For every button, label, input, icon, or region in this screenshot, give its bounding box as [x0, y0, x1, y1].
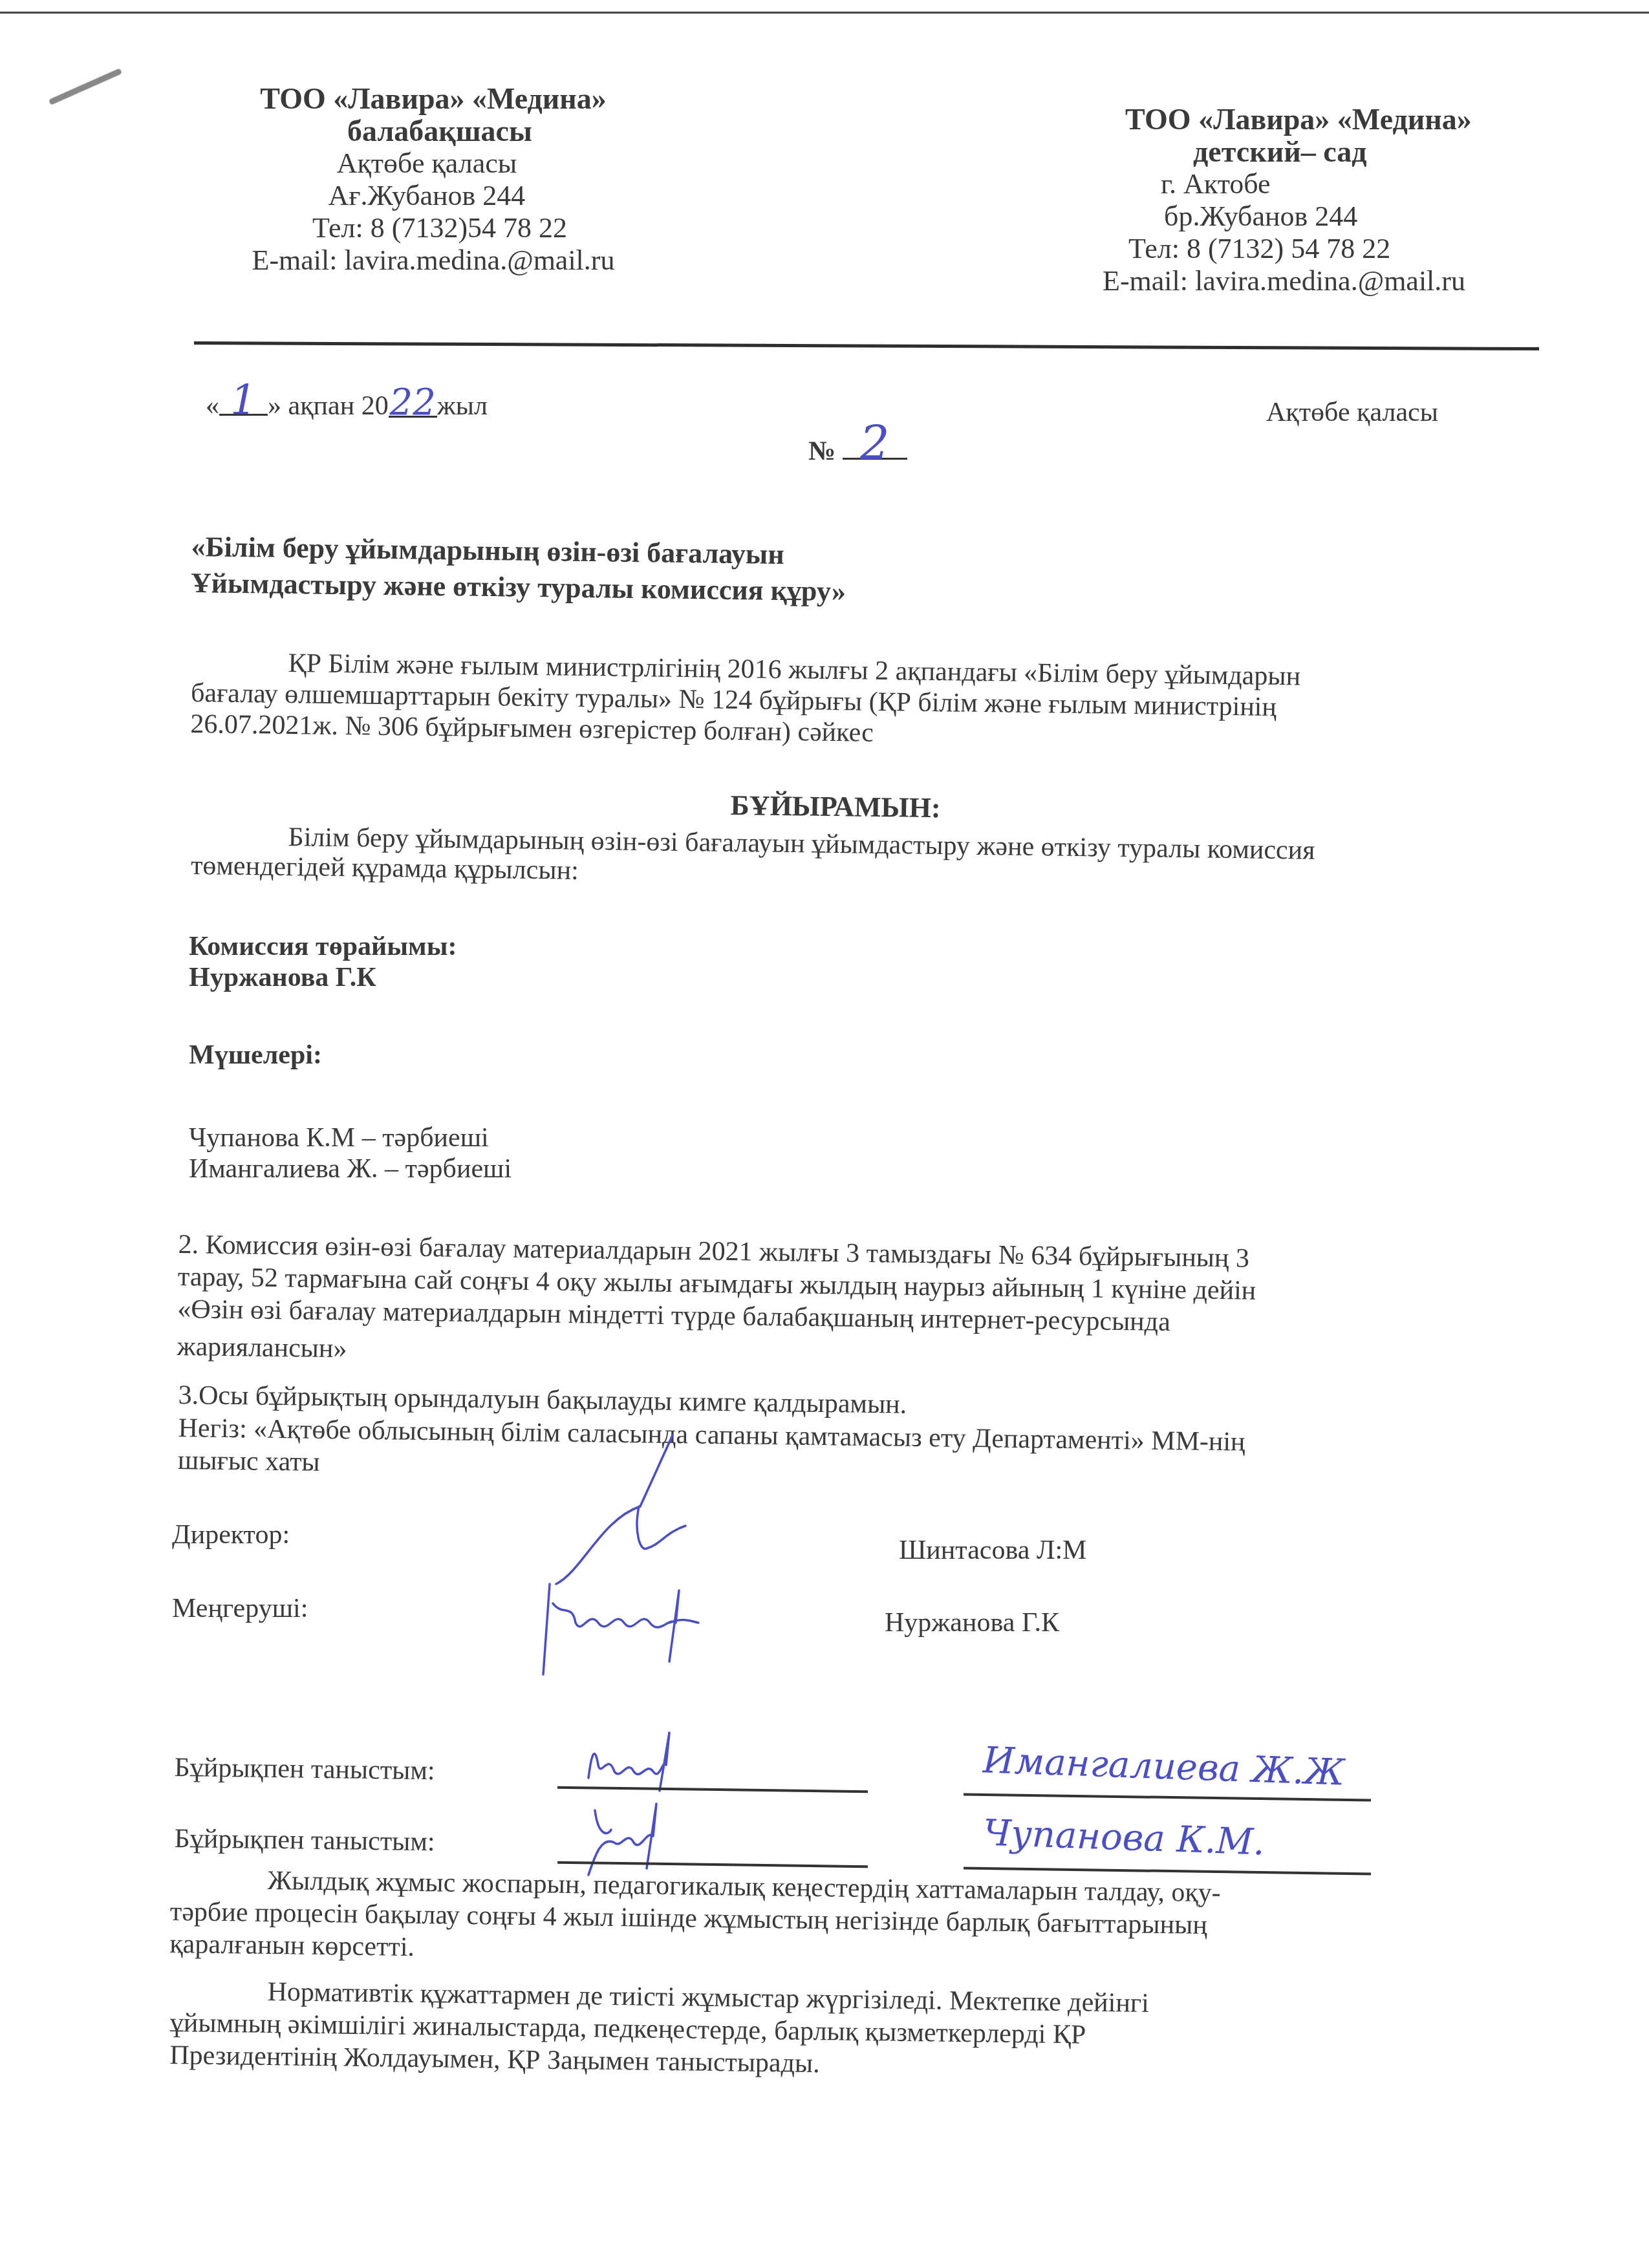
acknowledgement-name-line — [964, 1793, 1371, 1802]
head-name: Нуржанова Г.К — [885, 1609, 1059, 1637]
order-number-value: 2 — [843, 429, 907, 460]
director-label: Директор: — [172, 1521, 290, 1549]
clause-1: Білім беру ұйымдарының өзін-өзі бағалауы… — [191, 821, 1315, 895]
director-name: Шинтасова Л:М — [899, 1536, 1086, 1565]
order-number-label: № — [808, 436, 835, 466]
commission-member: Имангалиева Ж. – тәрбиеші — [189, 1155, 512, 1183]
header-right-address: бр.Жубанов 244 — [1086, 200, 1526, 233]
date-year-word: жыл — [437, 391, 488, 421]
head-signature — [537, 1565, 718, 1681]
header-right-city: г. Актобе — [1086, 168, 1526, 200]
date-open-quote: « — [206, 391, 219, 421]
paragraph-plan: Жылдық жұмыс жоспарын, педагогикалық кең… — [169, 1863, 1221, 1974]
header-right-org: ТОО «Лавира» «Медина» — [1086, 103, 1526, 136]
header-left-email: E-mail: lavira.medina.@mail.ru — [220, 244, 647, 277]
clause-2: 2. Комиссия өзін-өзі бағалау материалдар… — [177, 1228, 1256, 1377]
header-left-type: балабақшасы — [233, 115, 647, 147]
acknowledgement-label: Бұйрықпен таныстым: — [174, 1753, 435, 1785]
header-left-city: Ақтөбе қаласы — [207, 147, 647, 180]
date-line: «1» ақпан 2022жыл — [206, 388, 488, 420]
head-label: Меңгеруші: — [172, 1594, 308, 1623]
header-left: ТОО «Лавира» «Медина» балабақшасы Ақтөбе… — [220, 83, 647, 277]
acknowledgement-label: Бұйрықпен таныстым: — [174, 1824, 435, 1856]
header-right-email: E-mail: lavira.medina.@mail.ru — [1086, 265, 1526, 297]
header-right-phone: Тел: 8 (7132) 54 78 22 — [1086, 233, 1526, 265]
place-label: Ақтөбе қаласы — [1266, 398, 1438, 427]
basis: Негіз: «Ақтөбе облысының білім саласында… — [178, 1412, 1245, 1491]
director-signature — [504, 1422, 698, 1565]
title-line-2: Ұйымдастыру және өткізу туралы комиссия … — [191, 565, 846, 610]
scan-top-edge — [0, 12, 1649, 14]
order-number: № 2 — [808, 429, 907, 465]
commission-chair-label: Комиссия төрайымы: — [189, 932, 457, 961]
preamble: ҚР Білім және ғылым министрлігінің 2016 … — [190, 647, 1300, 754]
order-heading: БҰЙЫРАМЫН: — [730, 791, 940, 822]
date-day: 1 — [219, 388, 268, 416]
header-left-phone: Тел: 8 (7132)54 78 22 — [233, 212, 647, 244]
clause-2-line-4: жариялансын» — [177, 1331, 1255, 1377]
document-title: «Білім беру ұйымдарының өзін-өзі бағалау… — [191, 529, 846, 610]
header-right-type: детский– сад — [1086, 136, 1526, 168]
commission-members-label: Мүшелері: — [189, 1041, 322, 1069]
date-month: » ақпан 20 — [268, 391, 389, 421]
date-year-suffix: 22 — [389, 390, 437, 418]
acknowledgement-handwritten-name: Чупанова К.М. — [982, 1812, 1266, 1863]
staple-mark — [49, 69, 122, 105]
header-left-org: ТОО «Лавира» «Медина» — [220, 83, 647, 115]
header-divider — [194, 341, 1539, 350]
commission-chair-name: Нуржанова Г.К — [189, 963, 376, 992]
commission-member: Чупанова К.М – тәрбиеші — [189, 1124, 489, 1152]
header-right: ТОО «Лавира» «Медина» детский– сад г. Ак… — [1086, 103, 1526, 297]
header-left-address: Ағ.Жубанов 244 — [207, 180, 647, 212]
paragraph-normative: Нормативтік құжаттармен де тиісті жұмыст… — [169, 1974, 1149, 2084]
acknowledgement-handwritten-name: Имангалиева Ж.Ж — [982, 1739, 1345, 1793]
